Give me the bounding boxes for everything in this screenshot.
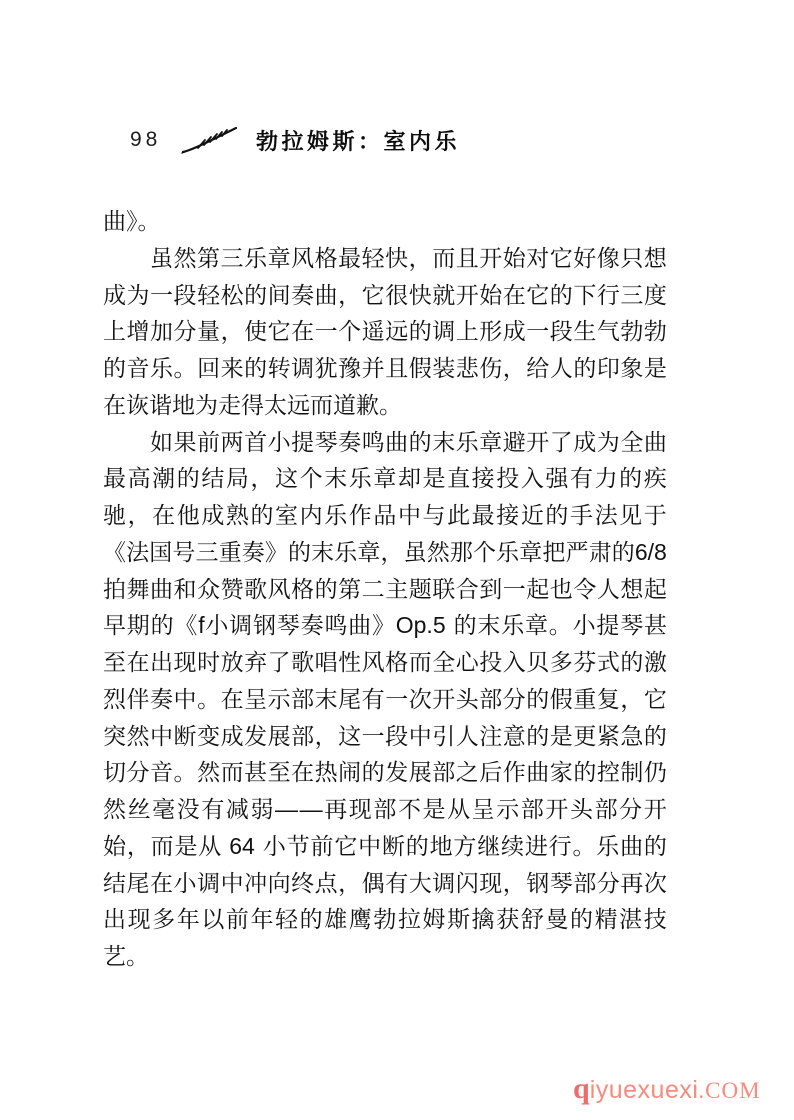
text-line: 的音乐。回来的转调犹豫并且假装悲伤，给人的印象是 bbox=[103, 350, 667, 387]
text-line: 上增加分量，使它在一个遥远的调上形成一段生气勃勃 bbox=[103, 313, 667, 350]
text-line: 然丝毫没有减弱——再现部不是从呈示部开头部分开 bbox=[103, 791, 667, 828]
text-line: 如果前两首小提琴奏鸣曲的末乐章避开了成为全曲 bbox=[103, 424, 667, 461]
text-line: 艺。 bbox=[103, 938, 667, 975]
page-header: 98 勃拉姆斯：室内乐 bbox=[0, 121, 794, 159]
book-page: 98 勃拉姆斯：室内乐 曲》。虽然第三乐章风格最轻快，而且开始对它好像只想成为一… bbox=[0, 0, 794, 1120]
body-text: 曲》。虽然第三乐章风格最轻快，而且开始对它好像只想成为一段轻松的间奏曲，它很快就… bbox=[103, 203, 667, 975]
watermark-tld: .COM bbox=[698, 1078, 760, 1103]
text-line: 早期的《f小调钢琴奏鸣曲》Op.5 的末乐章。小提琴甚 bbox=[103, 607, 667, 644]
text-line: 《法国号三重奏》的末乐章，虽然那个乐章把严肃的6/8 bbox=[103, 534, 667, 571]
text-line: 最高潮的结局，这个末乐章却是直接投入强有力的疾 bbox=[103, 460, 667, 497]
text-line: 出现多年以前年轻的雄鹰勃拉姆斯擒获舒曼的精湛技 bbox=[103, 901, 667, 938]
text-line: 切分音。然而甚至在热闹的发展部之后作曲家的控制仍 bbox=[103, 754, 667, 791]
page-number: 98 bbox=[130, 128, 161, 152]
text-line: 驰，在他成熟的室内乐作品中与此最接近的手法见于 bbox=[103, 497, 667, 534]
text-line: 虽然第三乐章风格最轻快，而且开始对它好像只想 bbox=[103, 240, 667, 277]
text-line: 始，而是从 64 小节前它中断的地方继续进行。乐曲的 bbox=[103, 828, 667, 865]
text-line: 烈伴奏中。在呈示部末尾有一次开头部分的假重复，它 bbox=[103, 681, 667, 718]
watermark-initial: q bbox=[573, 1072, 590, 1105]
watermark-name: iyuexuexi bbox=[590, 1076, 699, 1104]
text-line: 至在出现时放弃了歌唱性风格而全心投入贝多芬式的激 bbox=[103, 644, 667, 681]
text-line: 拍舞曲和众赞歌风格的第二主题联合到一起也令人想起 bbox=[103, 571, 667, 608]
text-line: 成为一段轻松的间奏曲，它很快就开始在它的下行三度 bbox=[103, 277, 667, 314]
text-line: 曲》。 bbox=[103, 203, 667, 240]
text-line: 突然中断变成发展部，这一段中引人注意的是更紧急的 bbox=[103, 718, 667, 755]
text-line: 在诙谐地为走得太远而道歉。 bbox=[103, 387, 667, 424]
quill-icon bbox=[180, 123, 242, 155]
running-head-title: 勃拉姆斯：室内乐 bbox=[256, 125, 460, 156]
text-line: 结尾在小调中冲向终点，偶有大调闪现，钢琴部分再次 bbox=[103, 865, 667, 902]
watermark: qiyuexuexi.COM bbox=[573, 1072, 761, 1106]
